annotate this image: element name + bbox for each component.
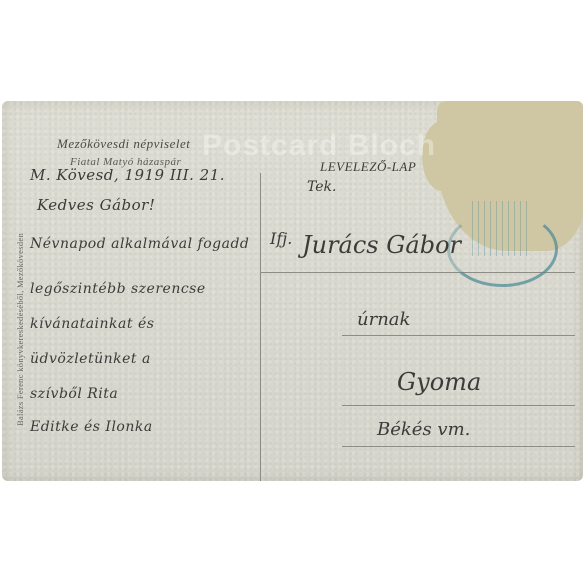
message-line: legőszintébb szerencse bbox=[30, 281, 206, 297]
center-divider bbox=[260, 173, 261, 481]
address-honorific: úrnak bbox=[357, 309, 410, 330]
address-city: Gyoma bbox=[397, 368, 481, 396]
postcard-back: Postcard Bloch Mezőkövesdi népviselet Fi… bbox=[2, 101, 583, 481]
postmark-icon bbox=[447, 211, 558, 287]
message-line: kívánatainkat és bbox=[30, 316, 154, 332]
message-signature: szívből Rita bbox=[30, 386, 118, 402]
address-name: Jurács Gábor bbox=[302, 231, 461, 259]
watermark: Postcard Bloch bbox=[202, 129, 436, 163]
message-date: M. Kövesd, 1919 III. 21. bbox=[30, 166, 225, 184]
address-county: Békés vm. bbox=[377, 419, 470, 440]
publisher-imprint: Balázs Ferenc könyvkereskedéséből, Mezők… bbox=[15, 196, 25, 426]
message-greeting: Kedves Gábor! bbox=[37, 196, 155, 214]
address-line bbox=[342, 335, 575, 336]
printed-heading: LEVELEZŐ-LAP bbox=[320, 159, 416, 175]
message-signature: Editke és Ilonka bbox=[30, 419, 153, 435]
printed-title: Mezőkövesdi népviselet bbox=[57, 136, 190, 152]
address-line bbox=[342, 446, 575, 447]
address-title: Tek. bbox=[307, 179, 336, 195]
message-line: üdvözletünket a bbox=[30, 351, 151, 367]
address-line bbox=[342, 405, 575, 406]
message-line: Névnapod alkalmával fogadd bbox=[30, 236, 249, 252]
address-prefix: Ifj. bbox=[270, 229, 292, 248]
